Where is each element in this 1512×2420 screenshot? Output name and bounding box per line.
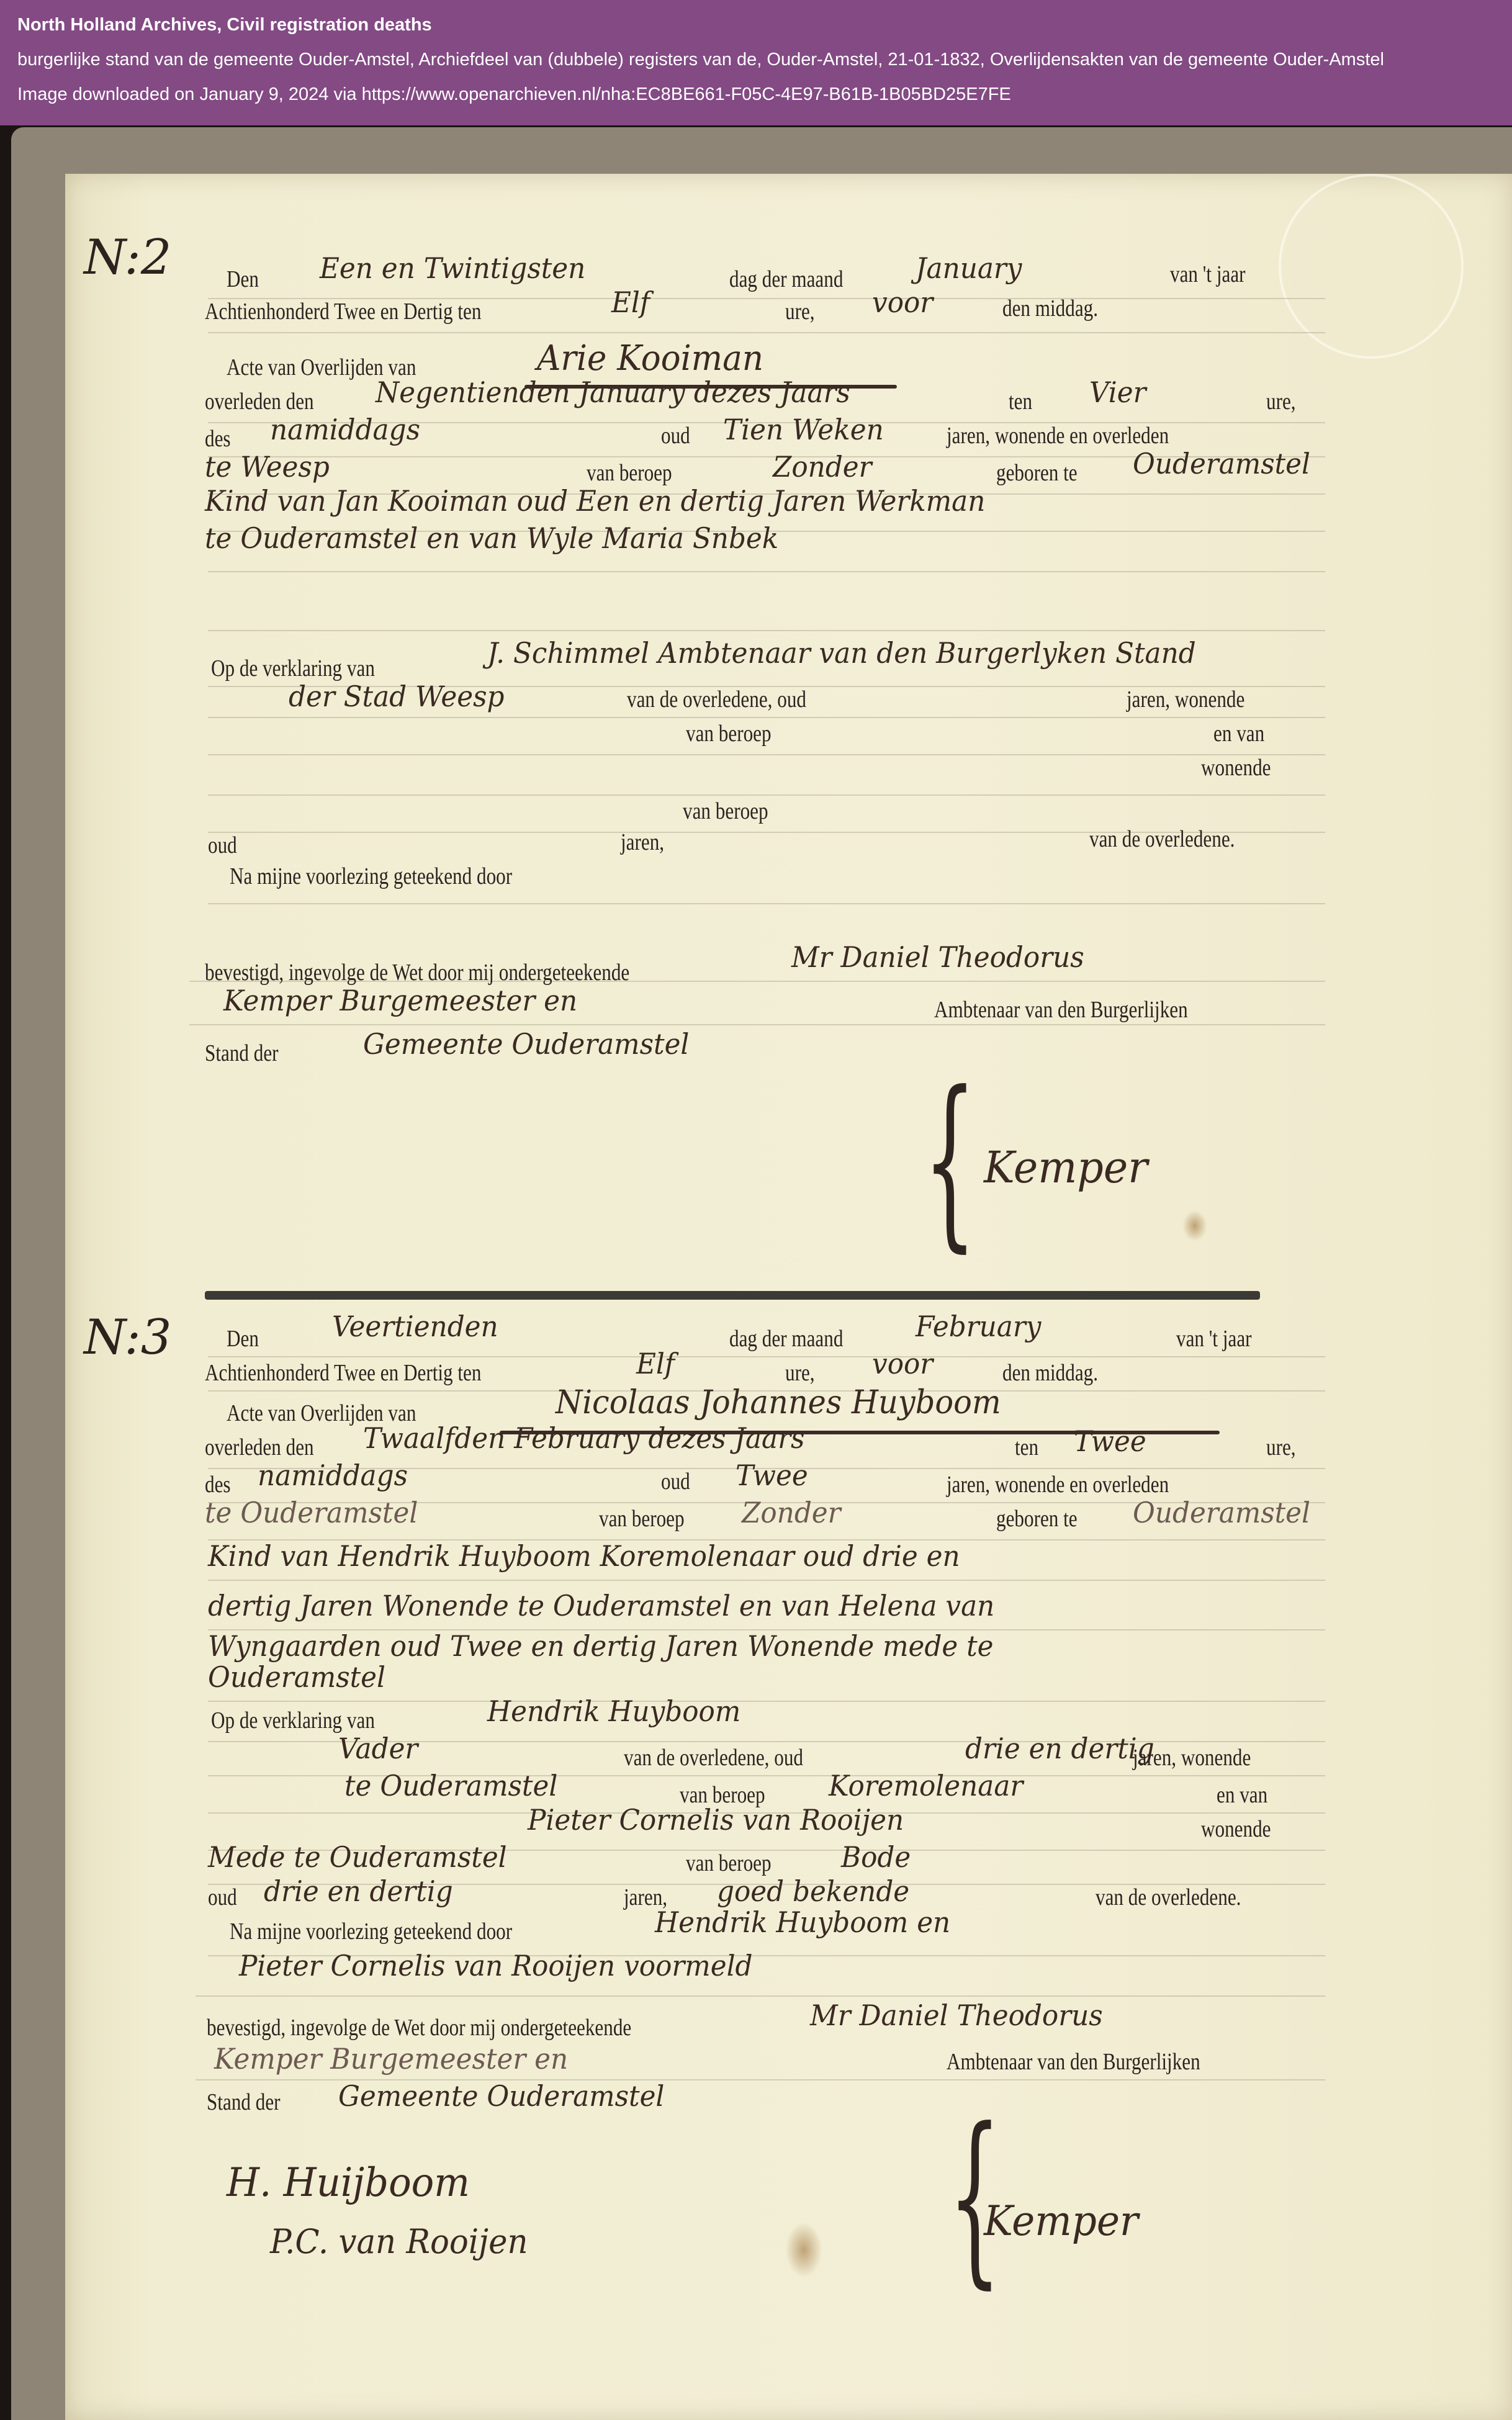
label-ten: ten <box>1015 1434 1038 1461</box>
field-official-line-1: Mr Daniel Theodorus <box>810 1999 1103 2032</box>
field-declarant-line-2: der Stad Weesp <box>289 680 505 713</box>
record-number: N:2 <box>84 230 171 286</box>
label-van-de-overledene-oud: van de overledene, oud <box>627 686 806 713</box>
field-death-hour: Twee <box>1074 1424 1146 1458</box>
label-des: des <box>205 1471 231 1498</box>
field-municipality: Gemeente Ouderamstel <box>363 1027 689 1061</box>
label-ambtenaar: Ambtenaar van den Burgerlijken <box>934 996 1188 1023</box>
label-van-beroep: van beroep <box>587 459 672 487</box>
label-overleden-den: overleden den <box>205 1434 314 1461</box>
field-declarant-1-occupation: Koremolenaar <box>829 1769 1023 1802</box>
field-occupation: Zonder <box>773 450 872 484</box>
record-number: N:3 <box>84 1310 171 1365</box>
field-deceased-name: Arie Kooiman <box>537 338 763 379</box>
field-part-of-day: namiddags <box>270 413 420 446</box>
label-op-de-verklaring: Op de verklaring van <box>211 1707 375 1734</box>
label-na-mijne-voorlezing: Na mijne voorlezing geteekend door <box>230 863 512 890</box>
record-description: burgerlijke stand van de gemeente Ouder-… <box>17 50 1384 70</box>
label-year: Achtienhonderd Twee en Dertig ten <box>205 1359 481 1387</box>
label-van-beroep-3: van beroep <box>686 1850 772 1877</box>
label-overleden-den: overleden den <box>205 388 314 415</box>
label-den: Den <box>227 1325 259 1352</box>
field-day: Een en Twintigsten <box>320 251 585 285</box>
field-parents-line-2: te Ouderamstel en van Wyle Maria Snbek <box>205 521 778 555</box>
embossed-seal-icon <box>1279 174 1464 359</box>
field-death-date: Negentienden January dezes Jaars <box>376 376 850 409</box>
download-info: Image downloaded on January 9, 2024 via … <box>17 84 1011 105</box>
label-stand-der: Stand der <box>207 2089 281 2116</box>
label-ure-2: ure, <box>1266 1434 1296 1461</box>
field-hour: Elf <box>636 1347 675 1380</box>
label-geboren-te: geboren te <box>996 459 1078 487</box>
label-en-van: en van <box>1213 720 1264 747</box>
field-birthplace: Ouderamstel <box>1133 1496 1310 1529</box>
field-hour: Elf <box>611 286 650 319</box>
label-oud-2: oud <box>208 832 237 859</box>
declarant-1-signature: H. Huijboom <box>227 2160 470 2206</box>
label-geboren-te: geboren te <box>996 1505 1078 1532</box>
field-age: Twee <box>736 1459 808 1492</box>
brace-icon: { <box>923 1068 976 1254</box>
field-part-of-day: namiddags <box>258 1459 408 1492</box>
register-page: N:2 Den Een en Twintigsten dag der maand… <box>65 174 1512 2420</box>
field-before-after: voor <box>872 286 933 319</box>
field-declarant-1-age: drie en dertig <box>965 1732 1154 1765</box>
field-official-line-2: Kemper Burgemeester en <box>214 2042 568 2076</box>
label-wonende: wonende <box>1201 1815 1271 1843</box>
field-age: Tien Weken <box>723 413 884 446</box>
label-dag-der-maand: dag der maand <box>729 266 843 293</box>
label-oud: oud <box>661 1468 690 1495</box>
label-des: des <box>205 425 231 452</box>
field-parents-line-4: Ouderamstel <box>208 1660 385 1694</box>
label-den: Den <box>227 266 259 293</box>
paper-stain <box>1182 1210 1207 1241</box>
label-ten: ten <box>1009 388 1032 415</box>
field-residence: te Weesp <box>205 450 330 484</box>
field-parents-line-3: Wyngaarden oud Twee en dertig Jaren Wone… <box>208 1629 994 1663</box>
label-van-de-overledene: van de overledene. <box>1089 825 1235 853</box>
field-declarant-line-1: J. Schimmel Ambtenaar van den Burgerlyke… <box>487 636 1196 670</box>
field-deceased-name: Nicolaas Johannes Huyboom <box>556 1384 1001 1421</box>
field-parents-line-1: Kind van Hendrik Huyboom Koremolenaar ou… <box>208 1539 960 1573</box>
label-bevestigd: bevestigd, ingevolge de Wet door mij ond… <box>205 959 629 986</box>
label-jaren-wonende: jaren, wonende en overleden <box>947 422 1169 449</box>
official-signature: Kemper <box>984 1142 1148 1193</box>
field-residence: te Ouderamstel <box>205 1496 418 1529</box>
label-na-mijne-voorlezing: Na mijne voorlezing geteekend door <box>230 1918 512 1945</box>
field-declarant-1-residence: te Ouderamstel <box>344 1769 557 1802</box>
label-wonende: wonende <box>1201 754 1271 781</box>
field-official-line-2: Kemper Burgemeester en <box>223 984 577 1017</box>
field-declarant-2: Pieter Cornelis van Rooijen <box>528 1803 904 1837</box>
section-divider <box>205 1291 1260 1300</box>
field-official-line-1: Mr Daniel Theodorus <box>791 940 1084 974</box>
field-declarant-1-relation: Vader <box>338 1732 418 1765</box>
label-op-de-verklaring: Op de verklaring van <box>211 655 375 682</box>
label-den-middag: den middag. <box>1002 295 1098 322</box>
label-ure: ure, <box>785 298 815 325</box>
label-van-beroep-2: van beroep <box>686 720 772 747</box>
field-birthplace: Ouderamstel <box>1133 447 1310 480</box>
label-jaren-wonende-2: jaren, wonende <box>1133 1744 1251 1771</box>
label-bevestigd: bevestigd, ingevolge de Wet door mij ond… <box>207 2014 631 2041</box>
label-en-van: en van <box>1217 1781 1267 1809</box>
paper-stain <box>785 2222 822 2278</box>
field-municipality: Gemeente Ouderamstel <box>338 2079 664 2113</box>
label-van-t-jaar: van 't jaar <box>1170 261 1246 288</box>
label-year: Achtienhonderd Twee en Dertig ten <box>205 298 481 325</box>
field-declarant-1: Hendrik Huyboom <box>487 1694 740 1728</box>
archive-title: North Holland Archives, Civil registrati… <box>17 15 432 35</box>
label-jaren-3: jaren, <box>621 829 664 856</box>
field-month: January <box>916 251 1022 285</box>
official-signature: Kemper <box>984 2197 1138 2245</box>
field-declarant-2-residence: Mede te Ouderamstel <box>208 1840 507 1874</box>
field-death-date: Twaalfden February dezes Jaars <box>363 1421 804 1455</box>
field-parents-line-1: Kind van Jan Kooiman oud Een en dertig J… <box>205 484 985 518</box>
label-ure: ure, <box>785 1359 815 1387</box>
label-van-t-jaar: van 't jaar <box>1176 1325 1252 1352</box>
label-oud-2: oud <box>208 1884 237 1911</box>
archive-info-banner: North Holland Archives, Civil registrati… <box>0 0 1512 125</box>
field-signed-by-line-2: Pieter Cornelis van Rooijen voormeld <box>239 1949 753 1982</box>
label-ambtenaar: Ambtenaar van den Burgerlijken <box>947 2048 1200 2076</box>
label-jaren-wonende: jaren, wonende en overleden <box>947 1471 1169 1498</box>
field-occupation: Zonder <box>742 1496 841 1529</box>
field-day: Veertienden <box>332 1310 498 1343</box>
field-declarant-2-occupation: Bode <box>841 1840 911 1874</box>
label-van-beroep: van beroep <box>599 1505 685 1532</box>
declarant-2-signature: P.C. van Rooijen <box>270 2222 528 2261</box>
label-oud: oud <box>661 422 690 449</box>
label-jaren-wonende-2: jaren, wonende <box>1127 686 1244 713</box>
label-stand-der: Stand der <box>205 1040 279 1067</box>
label-ure-2: ure, <box>1266 388 1296 415</box>
field-before-after: voor <box>872 1347 933 1380</box>
field-signed-by-line-1: Hendrik Huyboom en <box>655 1905 950 1939</box>
label-van-de-overledene-oud: van de overledene, oud <box>624 1744 803 1771</box>
field-parents-line-2: dertig Jaren Wonende te Ouderamstel en v… <box>208 1589 994 1622</box>
label-van-de-overledene: van de overledene. <box>1096 1884 1241 1911</box>
label-dag-der-maand: dag der maand <box>729 1325 843 1352</box>
label-van-beroep-3: van beroep <box>683 798 768 825</box>
field-month: February <box>916 1310 1041 1343</box>
field-declarant-2-age: drie en dertig <box>264 1874 453 1908</box>
label-den-middag: den middag. <box>1002 1359 1098 1387</box>
field-declarant-2-relation: goed bekende <box>717 1874 909 1908</box>
field-death-hour: Vier <box>1089 376 1146 409</box>
